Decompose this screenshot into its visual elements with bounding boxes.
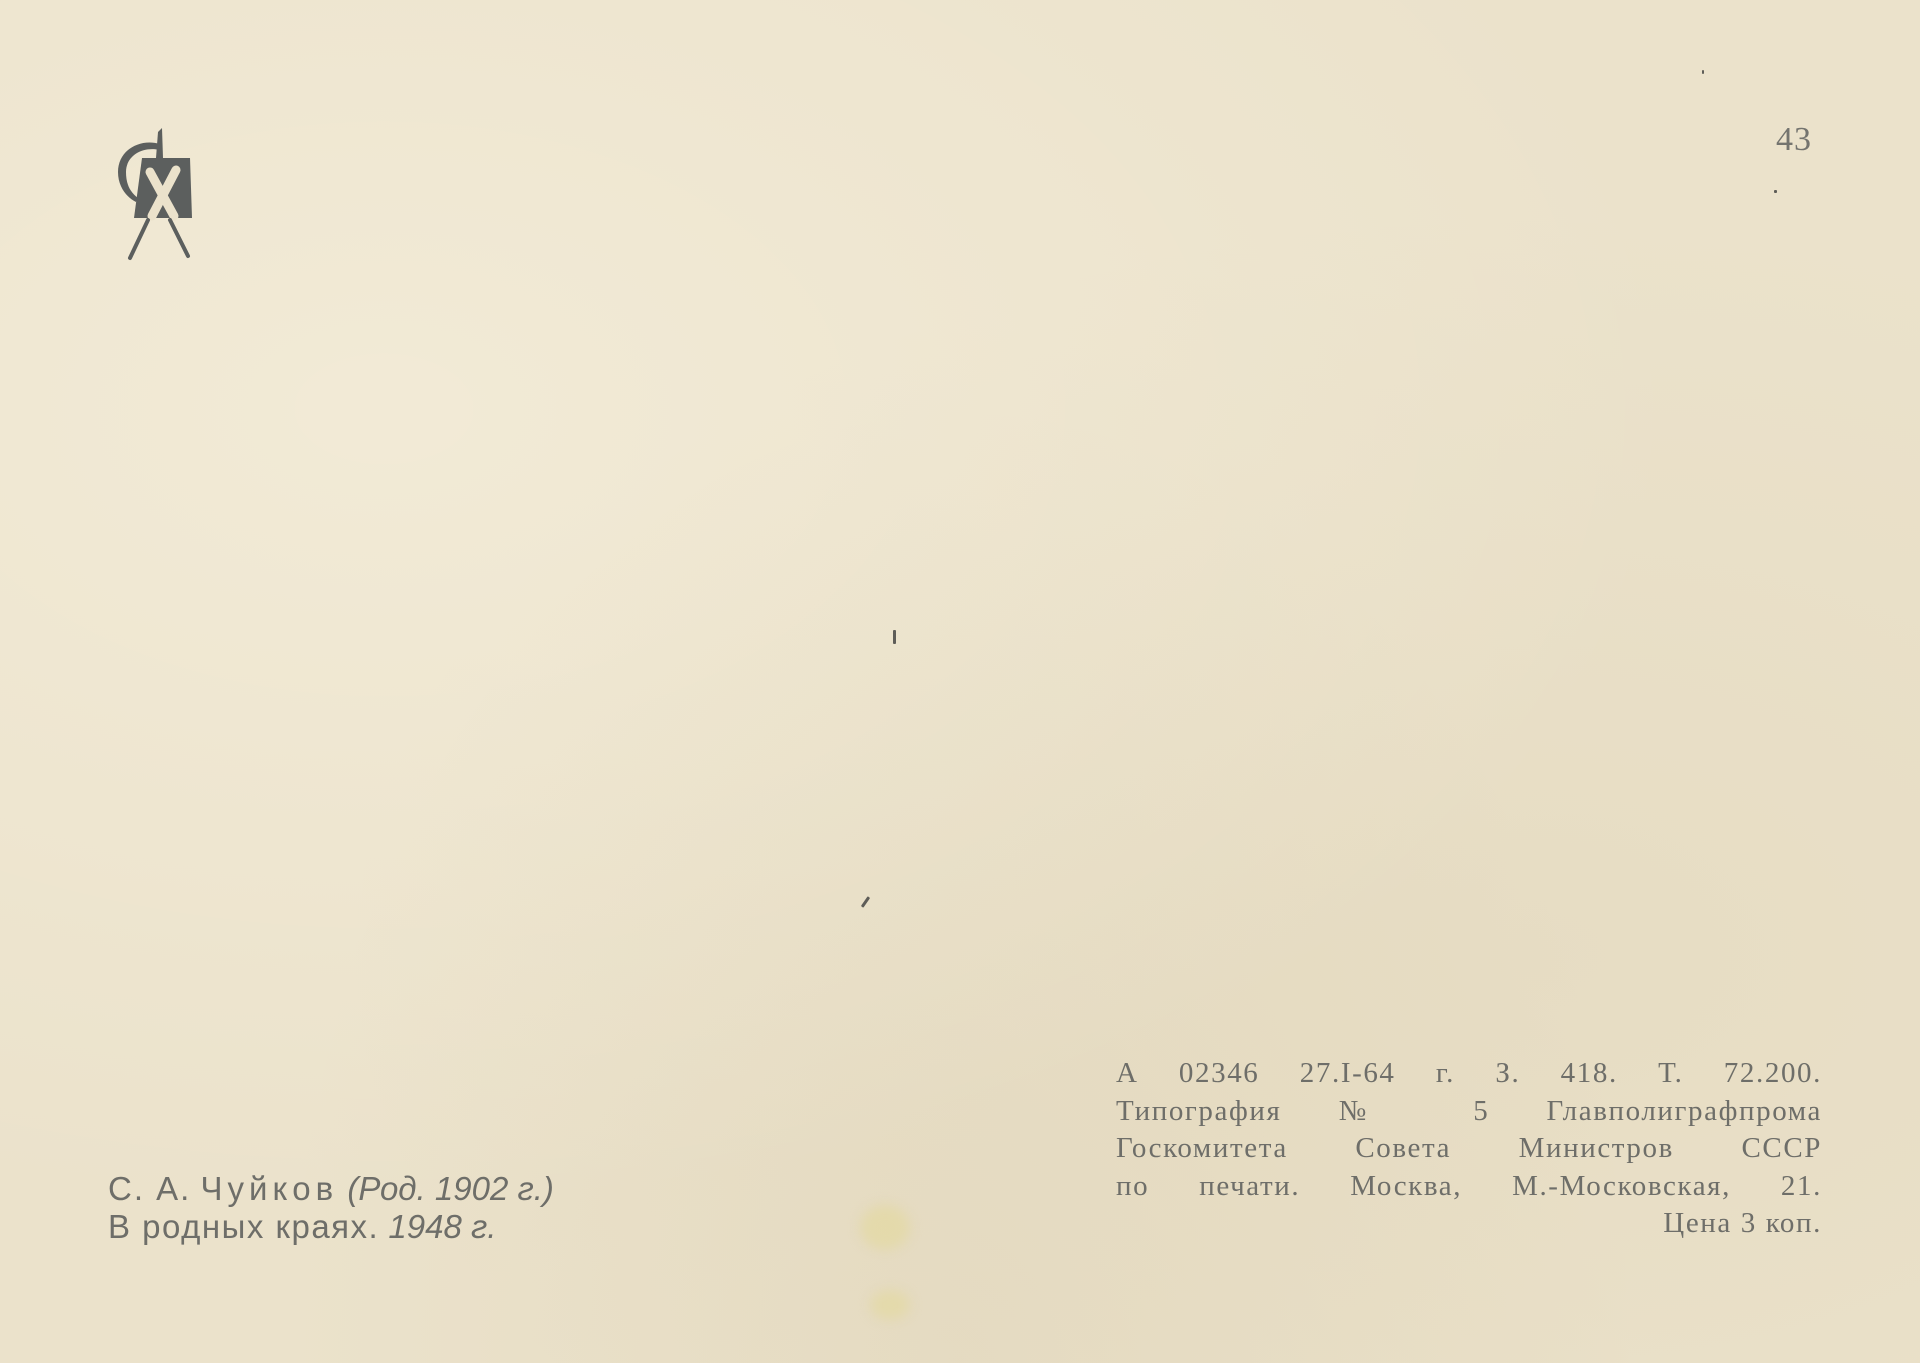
artwork-title: В родных краях. — [108, 1208, 379, 1245]
page-number: 43 — [1776, 121, 1812, 159]
artist-birth-note: (Род. 1902 г.) — [347, 1170, 554, 1207]
colophon-order-line: А 02346 27.I-64 г. З. 418. Т. 72.200. — [1116, 1055, 1822, 1093]
caption-artist-line: С. А. Чуйков (Род. 1902 г.) — [108, 1170, 554, 1208]
paper-speck — [861, 896, 870, 908]
paper-stain — [860, 1205, 910, 1250]
artwork-year: 1948 г. — [388, 1208, 496, 1245]
colophon-printer-line: Типография № 5 Главполиграфпрома — [1116, 1093, 1822, 1131]
printing-colophon: А 02346 27.I-64 г. З. 418. Т. 72.200. Ти… — [1116, 1055, 1822, 1243]
colophon-address-line: по печати. Москва, М.-Московская, 21. — [1116, 1168, 1822, 1206]
paper-speck — [893, 630, 896, 644]
caption-title-line: В родных краях. 1948 г. — [108, 1208, 554, 1246]
easel-cx-logo-icon — [112, 128, 196, 264]
colophon-committee-line: Госкомитета Совета Министров СССР — [1116, 1130, 1822, 1168]
artwork-caption: С. А. Чуйков (Род. 1902 г.) В родных кра… — [108, 1170, 554, 1246]
colophon-price-line: Цена 3 коп. — [1116, 1205, 1822, 1243]
paper-stain — [870, 1290, 910, 1320]
artist-surname: Чуйков — [201, 1170, 339, 1207]
paper-speck — [1702, 70, 1704, 74]
paper-speck — [1774, 190, 1777, 193]
artist-initials: С. А. — [108, 1170, 191, 1207]
